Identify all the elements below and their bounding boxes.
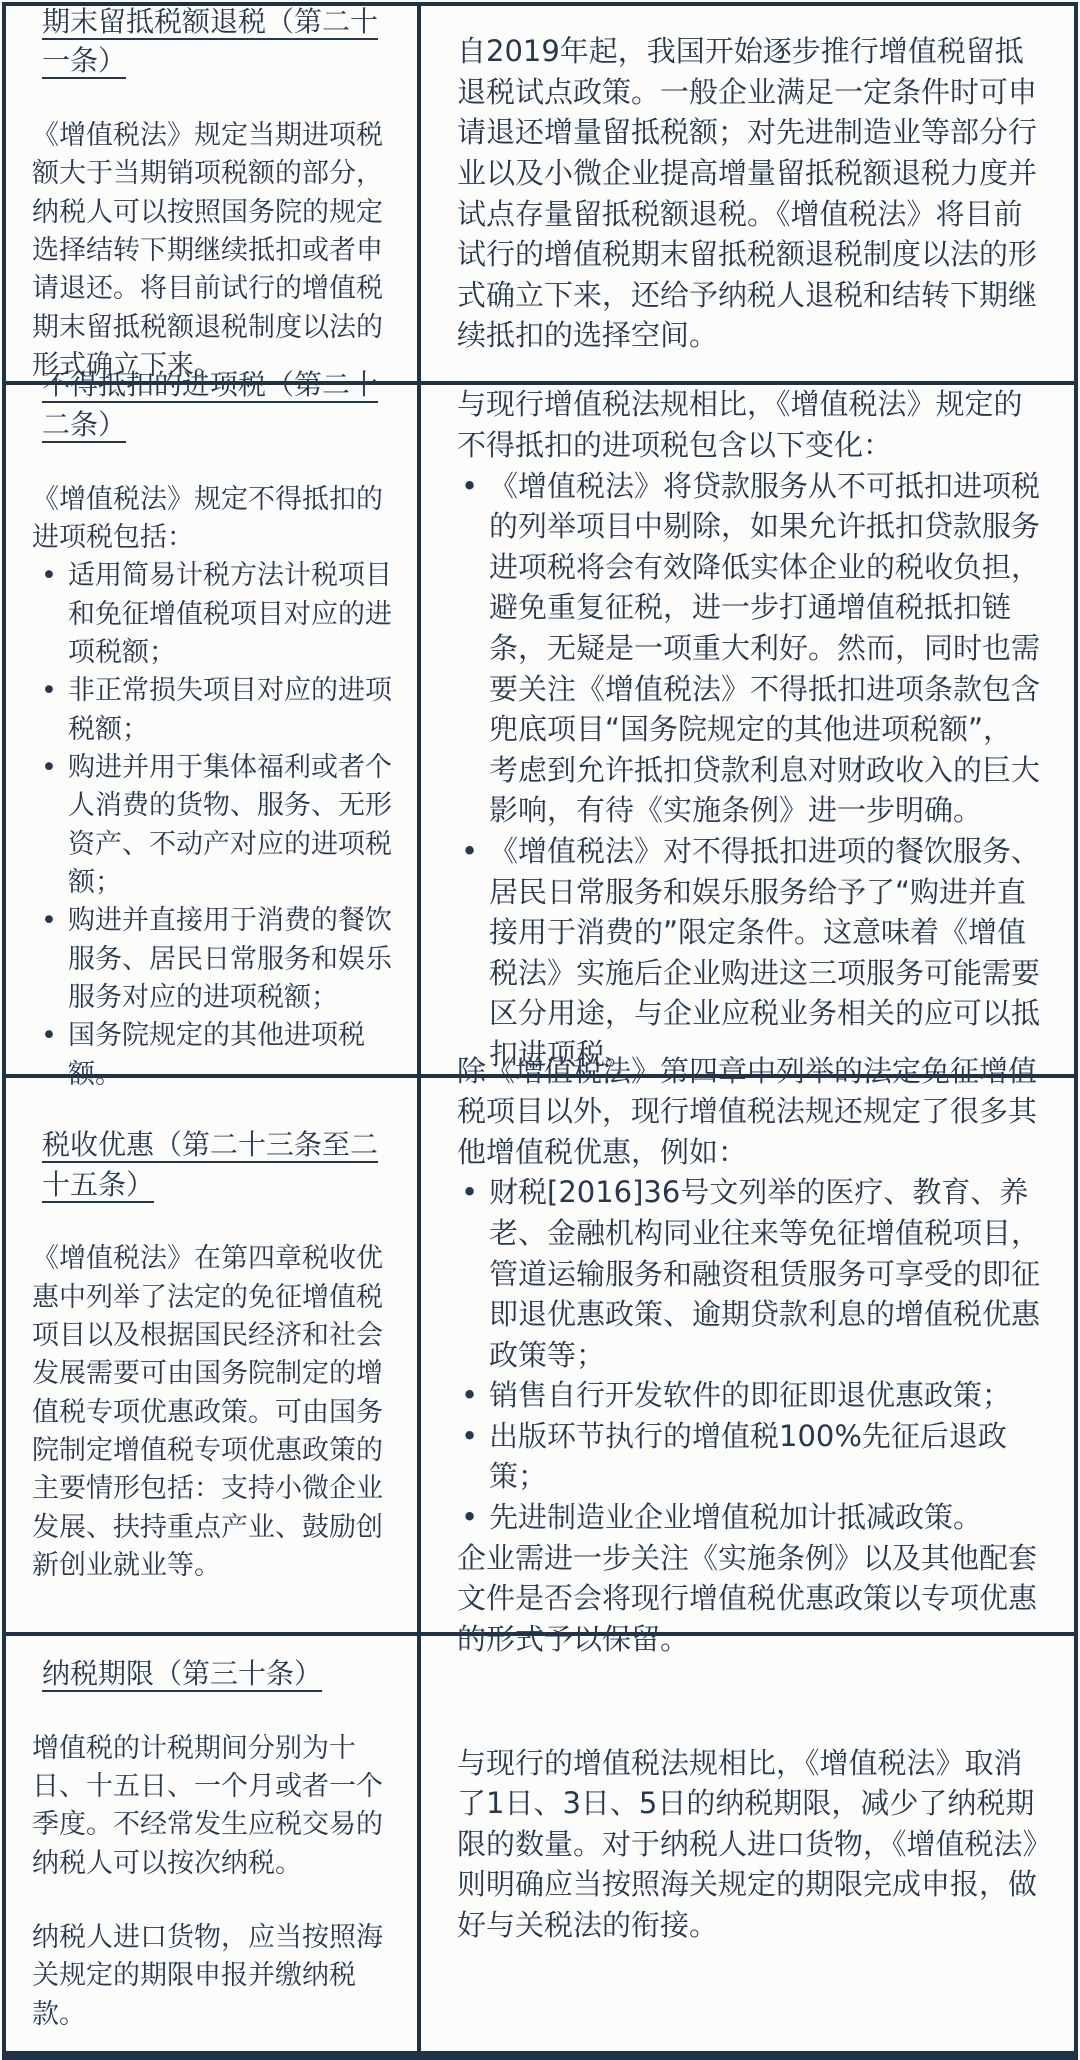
bullet-list: 《增值税法》将贷款服务从不可抵扣进项税的列举项目中剔除，如果允许抵扣贷款服务进项… — [457, 466, 1040, 1075]
commentary-cell: 自2019年起，我国开始逐步推行增值税留抵退税试点政策。一般企业满足一定条件时可… — [421, 6, 1074, 381]
table-row: 期末留抵税额退税（第二十一条） 《增值税法》规定当期进项税额大于当期销项税额的部… — [6, 6, 1074, 385]
commentary-intro: 与现行增值税法规相比，《增值税法》规定的不得抵扣的进项税包含以下变化： — [457, 384, 1040, 465]
commentary-cell: 与现行的增值税法规相比，《增值税法》取消了1日、3日、5日的纳税期限，减少了纳税… — [421, 1636, 1074, 2052]
commentary-paragraph: 自2019年起，我国开始逐步推行增值税留抵退税试点政策。一般企业满足一定条件时可… — [457, 31, 1040, 356]
document-page: 期末留抵税额退税（第二十一条） 《增值税法》规定当期进项税额大于当期销项税额的部… — [0, 0, 1080, 2060]
bullet-list: 适用简易计税方法计税项目和免征增值税项目对应的进项税额； 非正常损失项目对应的进… — [32, 557, 401, 1094]
table-row: 不得抵扣的进项税（第二十二条） 《增值税法》规定不得抵扣的进项税包括： 适用简易… — [6, 385, 1074, 1078]
bullet-item: 《增值税法》对不得抵扣进项的餐饮服务、居民日常服务和娱乐服务给予了“购进并直接用… — [457, 831, 1040, 1075]
commentary-cell: 与现行增值税法规相比，《增值税法》规定的不得抵扣的进项税包含以下变化： 《增值税… — [421, 385, 1074, 1074]
topic-paragraph: 增值税的计税期间分别为十日、十五日、一个月或者一个季度。不经常发生应税交易的纳税… — [32, 1730, 401, 1883]
topic-cell: 期末留抵税额退税（第二十一条） 《增值税法》规定当期进项税额大于当期销项税额的部… — [6, 6, 421, 381]
bullet-item: 《增值税法》将贷款服务从不可抵扣进项税的列举项目中剔除，如果允许抵扣贷款服务进项… — [457, 466, 1040, 831]
bullet-item: 购进并用于集体福利或者个人消费的货物、服务、无形资产、不动产对应的进项税额； — [32, 749, 401, 902]
topic-paragraph: 《增值税法》规定当期进项税额大于当期销项税额的部分，纳税人可以按照国务院的规定选… — [32, 117, 401, 385]
commentary-paragraph: 与现行的增值税法规相比，《增值税法》取消了1日、3日、5日的纳税期限，减少了纳税… — [457, 1743, 1040, 1946]
topic-heading: 纳税期限（第三十条） — [42, 1654, 401, 1694]
topic-cell: 纳税期限（第三十条） 增值税的计税期间分别为十日、十五日、一个月或者一个季度。不… — [6, 1636, 421, 2052]
table-row: 税收优惠（第二十三条至二十五条） 《增值税法》在第四章税收优惠中列举了法定的免征… — [6, 1078, 1074, 1636]
bullet-item: 销售自行开发软件的即征即退优惠政策； — [457, 1375, 1040, 1416]
vat-law-comparison-table: 期末留抵税额退税（第二十一条） 《增值税法》规定当期进项税额大于当期销项税额的部… — [2, 2, 1078, 2060]
bullet-item: 出版环节执行的增值税100%先征后退政策； — [457, 1416, 1040, 1497]
bullet-item: 适用简易计税方法计税项目和免征增值税项目对应的进项税额； — [32, 557, 401, 672]
topic-heading: 税收优惠（第二十三条至二十五条） — [42, 1125, 401, 1205]
bullet-item: 非正常损失项目对应的进项税额； — [32, 672, 401, 749]
bullet-item: 财税[2016]36号文列举的医疗、教育、养老、金融机构同业往来等免征增值税项目… — [457, 1172, 1040, 1375]
topic-heading: 不得抵扣的进项税（第二十二条） — [42, 365, 401, 445]
bullet-item: 购进并直接用于消费的餐饮服务、居民日常服务和娱乐服务对应的进项税额； — [32, 902, 401, 1017]
table-row: 纳税期限（第三十条） 增值税的计税期间分别为十日、十五日、一个月或者一个季度。不… — [6, 1636, 1074, 2052]
topic-cell: 不得抵扣的进项税（第二十二条） 《增值税法》规定不得抵扣的进项税包括： 适用简易… — [6, 385, 421, 1074]
commentary-cell: 除《增值税法》第四章中列举的法定免征增值税项目以外，现行增值税法规还规定了很多其… — [421, 1078, 1074, 1632]
topic-paragraph: 《增值税法》在第四章税收优惠中列举了法定的免征增值税项目以及根据国民经济和社会发… — [32, 1240, 401, 1585]
bullet-item: 国务院规定的其他进项税额。 — [32, 1017, 401, 1094]
topic-heading: 期末留抵税额退税（第二十一条） — [42, 2, 401, 82]
topic-intro: 《增值税法》规定不得抵扣的进项税包括： — [32, 481, 401, 558]
bullet-item: 先进制造业企业增值税加计抵减政策。 — [457, 1497, 1040, 1538]
bullet-list: 财税[2016]36号文列举的医疗、教育、养老、金融机构同业往来等免征增值税项目… — [457, 1172, 1040, 1537]
topic-paragraph: 纳税人进口货物，应当按照海关规定的期限申报并缴纳税款。 — [32, 1919, 401, 2034]
topic-cell: 税收优惠（第二十三条至二十五条） 《增值税法》在第四章税收优惠中列举了法定的免征… — [6, 1078, 421, 1632]
